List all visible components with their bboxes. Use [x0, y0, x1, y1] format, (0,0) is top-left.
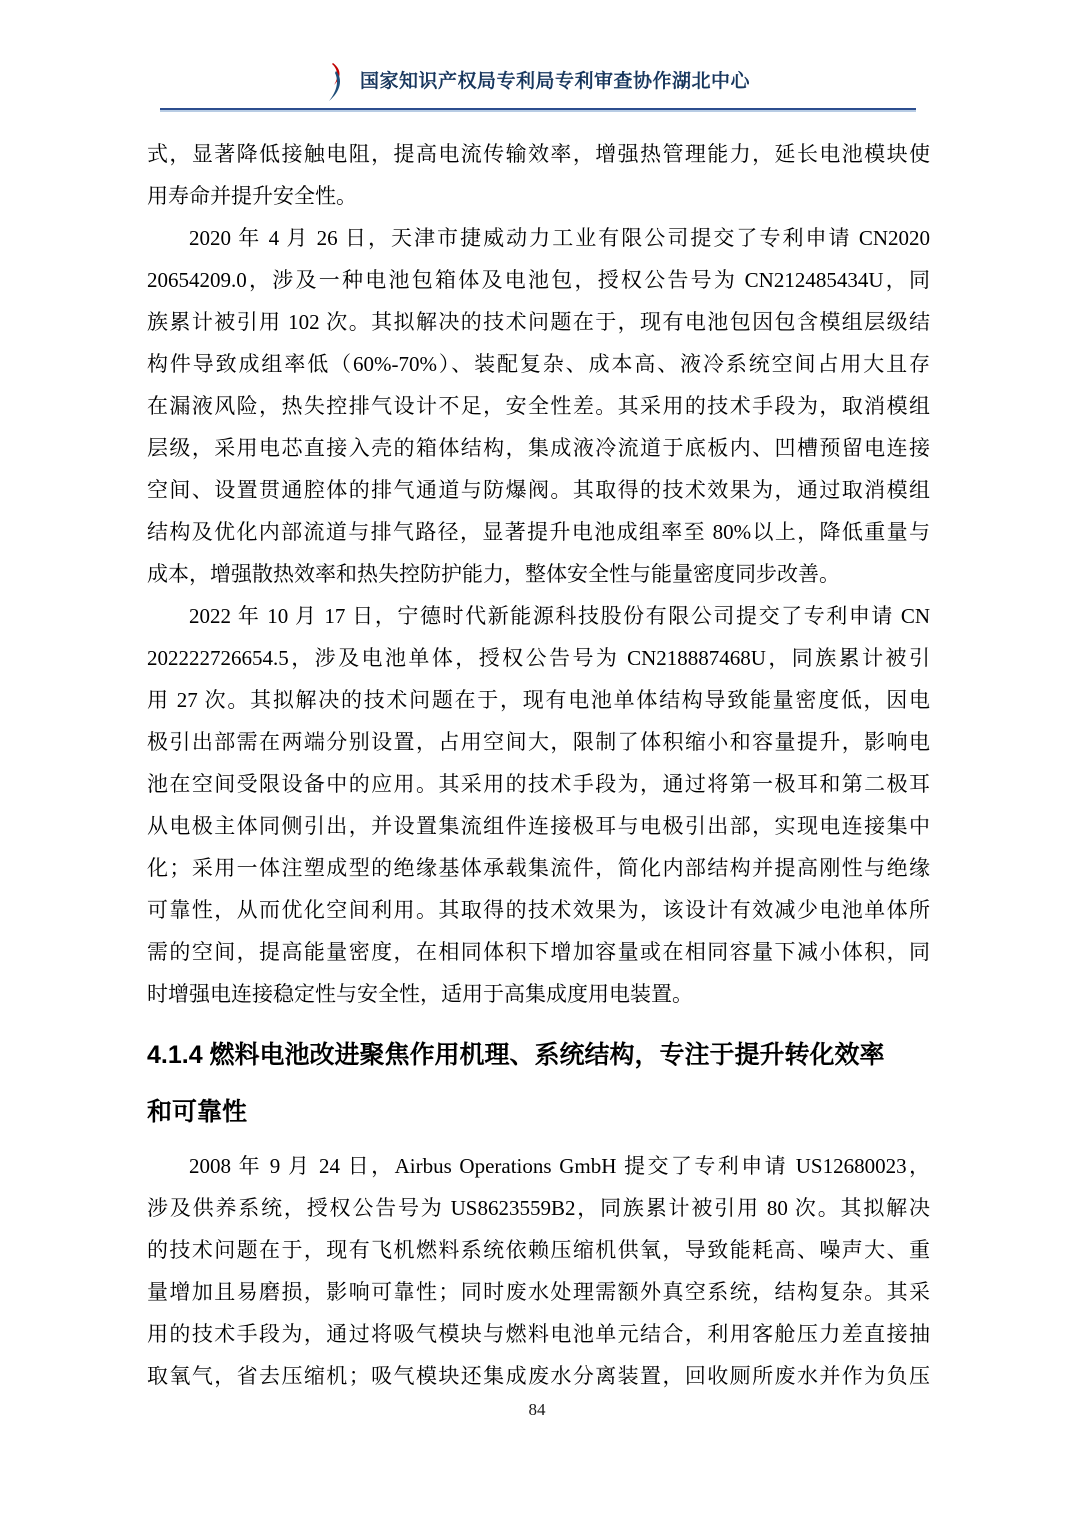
document-body: 式，显著降低接触电阻，提高电流传输效率，增强热管理能力，延长电池模块使用寿命并提…	[147, 133, 930, 1397]
text-line: 20654209.0，涉及一种电池包箱体及电池包，授权公告号为 CN212485…	[147, 259, 930, 301]
text-line: 构件导致成组率低（60%-70%）、装配复杂、成本高、液冷系统空间占用大且存	[147, 343, 930, 385]
page-header: 国家知识产权局专利局专利审查协作湖北中心	[0, 0, 1074, 102]
text-line: 量增加且易磨损，影响可靠性；同时废水处理需额外真空系统，结构复杂。其采	[147, 1271, 930, 1313]
document-page: 国家知识产权局专利局专利审查协作湖北中心 式，显著降低接触电阻，提高电流传输效率…	[0, 0, 1074, 1520]
text-line: 时增强电连接稳定性与安全性，适用于高集成度用电装置。	[147, 973, 930, 1015]
text-line: 用寿命并提升安全性。	[147, 175, 930, 217]
text-line: 空间、设置贯通腔体的排气通道与防爆阀。其取得的技术效果为，通过取消模组	[147, 469, 930, 511]
paragraph: 式，显著降低接触电阻，提高电流传输效率，增强热管理能力，延长电池模块使用寿命并提…	[147, 133, 930, 217]
text-line: 极引出部需在两端分别设置，占用空间大，限制了体积缩小和容量提升，影响电	[147, 721, 930, 763]
text-line: 2008 年 9 月 24 日，Airbus Operations GmbH 提…	[147, 1145, 930, 1187]
text-line: 2020 年 4 月 26 日，天津市捷威动力工业有限公司提交了专利申请 CN2…	[147, 217, 930, 259]
text-line: 用 27 次。其拟解决的技术问题在于，现有电池单体结构导致能量密度低，因电	[147, 679, 930, 721]
header-divider-rule	[160, 108, 916, 110]
text-line: 层级，采用电芯直接入壳的箱体结构，集成液冷流道于底板内、凹槽预留电连接	[147, 427, 930, 469]
page-number: 84	[0, 1397, 1074, 1423]
paragraph: 2020 年 4 月 26 日，天津市捷威动力工业有限公司提交了专利申请 CN2…	[147, 217, 930, 595]
text-line: 成本，增强散热效率和热失控防护能力，整体安全性与能量密度同步改善。	[147, 553, 930, 595]
heading-line: 和可靠性	[147, 1084, 930, 1141]
text-line: 族累计被引用 102 次。其拟解决的技术问题在于，现有电池包因包含模组层级结	[147, 301, 930, 343]
text-line: 在漏液风险，热失控排气设计不足，安全性差。其采用的技术手段为，取消模组	[147, 385, 930, 427]
text-line: 的技术问题在于，现有飞机燃料系统依赖压缩机供氧，导致能耗高、噪声大、重	[147, 1229, 930, 1271]
text-line: 涉及供养系统，授权公告号为 US8623559B2，同族累计被引用 80 次。其…	[147, 1187, 930, 1229]
text-line: 202222726654.5，涉及电池单体，授权公告号为 CN218887468…	[147, 637, 930, 679]
red-blue-swoosh-logo-icon	[324, 62, 348, 102]
paragraph: 2008 年 9 月 24 日，Airbus Operations GmbH 提…	[147, 1145, 930, 1397]
header-org-title: 国家知识产权局专利局专利审查协作湖北中心	[360, 71, 750, 94]
text-line: 需的空间，提高能量密度，在相同体积下增加容量或在相同容量下减小体积，同	[147, 931, 930, 973]
paragraph: 2022 年 10 月 17 日，宁德时代新能源科技股份有限公司提交了专利申请 …	[147, 595, 930, 1015]
text-line: 用的技术手段为，通过将吸气模块与燃料电池单元结合，利用客舱压力差直接抽	[147, 1313, 930, 1355]
section-heading: 4.1.4 燃料电池改进聚焦作用机理、系统结构，专注于提升转化效率和可靠性	[147, 1027, 930, 1141]
text-line: 2022 年 10 月 17 日，宁德时代新能源科技股份有限公司提交了专利申请 …	[147, 595, 930, 637]
text-line: 取氧气，省去压缩机；吸气模块还集成废水分离装置，回收厕所废水并作为负压	[147, 1355, 930, 1397]
text-line: 从电极主体同侧引出，并设置集流组件连接极耳与电极引出部，实现电连接集中	[147, 805, 930, 847]
text-line: 可靠性，从而优化空间利用。其取得的技术效果为，该设计有效减少电池单体所	[147, 889, 930, 931]
text-line: 池在空间受限设备中的应用。其采用的技术手段为，通过将第一极耳和第二极耳	[147, 763, 930, 805]
text-line: 结构及优化内部流道与排气路径，显著提升电池成组率至 80%以上，降低重量与	[147, 511, 930, 553]
heading-line: 4.1.4 燃料电池改进聚焦作用机理、系统结构，专注于提升转化效率	[147, 1027, 930, 1084]
text-line: 化；采用一体注塑成型的绝缘基体承载集流件，简化内部结构并提高刚性与绝缘	[147, 847, 930, 889]
text-line: 式，显著降低接触电阻，提高电流传输效率，增强热管理能力，延长电池模块使	[147, 133, 930, 175]
